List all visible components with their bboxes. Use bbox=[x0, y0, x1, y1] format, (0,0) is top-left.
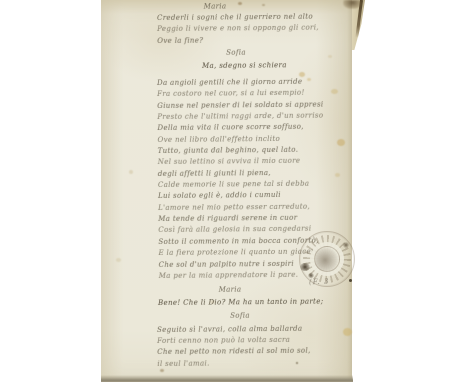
library-ink-stamp-icon bbox=[299, 231, 355, 287]
stamp-ink-blob bbox=[308, 273, 314, 278]
stanza-opening: Ma, sdegno si schiera bbox=[202, 61, 287, 70]
foxing-spot bbox=[343, 328, 352, 336]
manuscript-section: Sofia bbox=[200, 48, 272, 57]
manuscript-section: Maria bbox=[196, 285, 264, 294]
manuscript-section: Seguito sì l'avrai, colla alma ballarda … bbox=[157, 324, 311, 370]
speaker-heading: Sofia bbox=[210, 311, 270, 320]
foxing-spot bbox=[116, 258, 121, 262]
speaker-heading: Maria bbox=[160, 2, 270, 11]
foxing-spot bbox=[337, 139, 345, 146]
verse-line: Ma per la mia apprendatore li pare. bbox=[159, 269, 325, 282]
stamp-center bbox=[314, 246, 340, 272]
foxing-spot bbox=[328, 55, 332, 58]
foxing-spot bbox=[129, 170, 133, 174]
foxing-spot bbox=[335, 173, 340, 177]
stamp-ink-blob bbox=[300, 263, 310, 271]
verse-line: Bene! Che li Dio? Ma ha un tanto in part… bbox=[158, 298, 323, 307]
manuscript-section: Crederli i sogni che il guerriero nel al… bbox=[157, 12, 319, 47]
ink-speck bbox=[349, 279, 352, 282]
speaker-heading: Maria bbox=[196, 285, 264, 294]
manuscript-section: Maria bbox=[160, 2, 270, 11]
manuscript-photo: Maria Crederli i sogni che il guerriero … bbox=[0, 0, 468, 382]
stamp-ink-blob bbox=[343, 242, 349, 248]
corner-stain bbox=[343, 0, 362, 9]
verse-line: il seul l'amai. bbox=[157, 357, 311, 370]
speaker-heading: Sofia bbox=[200, 48, 272, 57]
foxing-spot bbox=[331, 89, 338, 94]
page-bottom-edge bbox=[101, 375, 353, 382]
verse-line: Ove la fine? bbox=[157, 34, 319, 47]
manuscript-section: Sofia bbox=[210, 311, 270, 320]
